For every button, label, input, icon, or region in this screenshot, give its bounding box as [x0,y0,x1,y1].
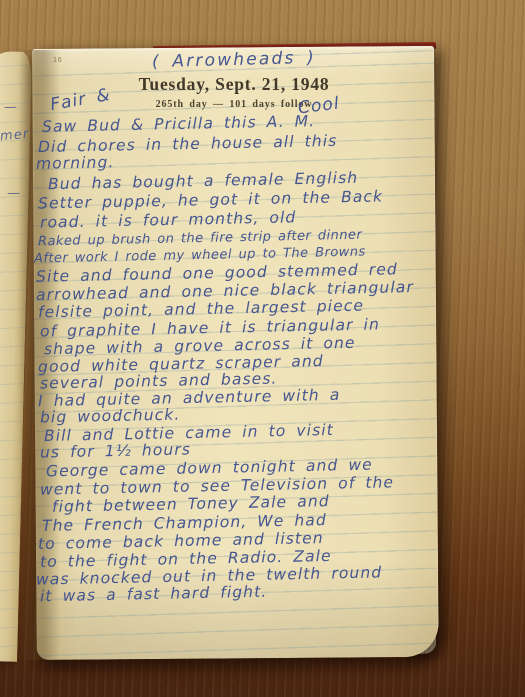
handwritten-topic-annotation: ( Arrowheads ) [34,45,434,75]
diary-entry-line: morning. [36,153,115,173]
diary-entry-line: Did chores in the house all this [38,132,338,156]
diary-entry-line: us for 1½ hours [40,440,191,461]
left-page-text-fragment: — [7,186,21,201]
diary-entry-line: it was a fast hard fight. [40,583,268,606]
page-content-layer: 16 ( Arrowheads ) Tuesday, Sept. 21, 194… [0,0,525,697]
diary-entry-line: road. it is four months, old [40,208,297,231]
left-page-text-fragment: — [4,100,18,115]
diary-entry-line: big woodchuck. [40,406,181,427]
diary-photo-scene: 16 ( Arrowheads ) Tuesday, Sept. 21, 194… [0,0,525,697]
left-page-text-fragment: mer [0,127,30,144]
